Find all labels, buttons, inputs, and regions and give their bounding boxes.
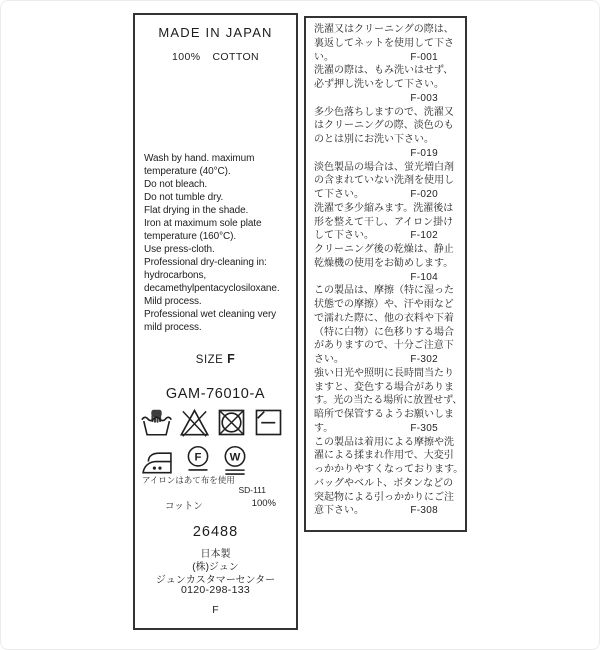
care-code [454, 408, 474, 422]
care-text-jp-segment: の含まれていない洗剤を使用し [314, 174, 454, 188]
fiber-composition-row: コットン 100% [165, 498, 276, 512]
item-number: 26488 [135, 524, 296, 540]
care-symbols-row-1 [140, 407, 296, 438]
care-code [454, 326, 474, 340]
care-code [454, 312, 474, 326]
care-text-jp-segment: 多少色落ちしますので、洗濯又 [314, 106, 454, 120]
size-label: SIZE [196, 354, 224, 366]
care-code [454, 436, 474, 450]
care-text-line: のとは別にお洗い下さい。 [314, 133, 458, 147]
care-code [454, 161, 474, 175]
care-text-line: 淡色製品の場合は、蛍光増白剤 [314, 161, 458, 175]
product-code: GAM-76010-A [135, 386, 296, 402]
care-label-left: MADE IN JAPAN 100% COTTON Wash by hand. … [133, 13, 298, 630]
care-text-jp-segment: 意下さい。 [314, 504, 364, 518]
care-instruction-line: mild process. [144, 321, 294, 334]
care-text-jp-segment: がありますので、十分ご注意下 [314, 339, 454, 353]
care-text-line: 濯による揉まれ作用で、大変引 [314, 449, 458, 463]
care-text-jp-segment: 乾燥機の使用をお勧めします。 [314, 257, 453, 271]
care-text-line: ますと、変色する場合がありま [314, 381, 458, 395]
size-row: SIZE F [135, 352, 296, 366]
wet-clean-W-very-mild-icon: W [222, 445, 248, 477]
care-code [453, 216, 473, 230]
care-instruction-line: Do not tumble dry. [144, 191, 294, 204]
care-text-jp-segment: で濡れた際に、他の衣料や下着 [314, 312, 454, 326]
care-text-jp-segment: 洗濯で多少縮みます。洗濯後は [314, 202, 453, 216]
svg-text:W: W [230, 451, 241, 463]
care-text-line: 形を整えて干し、アイロン掛け [314, 216, 458, 230]
care-code [454, 243, 474, 257]
care-instruction-line: Flat drying in the shade. [144, 204, 294, 217]
care-text-jp-segment: 必ず押し洗いをして下さい。 [314, 78, 444, 92]
care-instruction-line: hydrocarbons, [144, 269, 294, 282]
care-text-line: 洗濯で多少縮みます。洗濯後は [314, 202, 458, 216]
care-instruction-line: Wash by hand. maximum [144, 152, 294, 165]
care-code [462, 394, 482, 408]
svg-text:F: F [195, 451, 202, 463]
care-instruction-line: Professional wet cleaning very [144, 308, 294, 321]
care-text-jp-segment: す。光の当たる場所に放置せず、 [314, 394, 462, 408]
care-code: F-102 [410, 229, 458, 243]
care-text-jp-segment: クリーニング後の乾燥は、静止 [314, 243, 454, 257]
care-code [454, 119, 474, 133]
flat-dry-in-shade-icon [253, 407, 284, 438]
size-footer: F [135, 604, 296, 616]
care-code [453, 202, 473, 216]
care-code: F-001 [410, 51, 458, 65]
care-text-line: 洗濯又はクリーニングの際は、 [314, 23, 458, 37]
care-instruction-line: Do not bleach. [144, 178, 294, 191]
care-code: F-305 [410, 422, 458, 436]
care-instruction-line: Professional dry-cleaning in: [144, 256, 294, 269]
care-label-right: 洗濯又はクリーニングの際は、 裏返してネットを使用して下さ い。 F-001 洗… [304, 16, 467, 532]
care-code [438, 133, 458, 147]
care-code: F-302 [410, 353, 458, 367]
care-code [454, 381, 474, 395]
care-text-line: 意下さい。 F-308 [314, 504, 458, 518]
care-code [453, 257, 473, 271]
care-instruction-line: decamethylpentacyclosiloxane. [144, 282, 294, 295]
care-text-line: さい。 F-302 [314, 353, 458, 367]
care-text-line: っかかりやすくなっております。 [314, 463, 458, 477]
care-code [454, 174, 474, 188]
care-text-line: す。 F-305 [314, 422, 458, 436]
care-text-line: 突起物による引っかかりにご注 [314, 491, 458, 505]
care-code [454, 298, 474, 312]
care-symbols-row-2: F W [140, 445, 296, 477]
dry-clean-F-mild-icon: F [185, 445, 211, 474]
care-text-jp-segment: 濯による揉まれ作用で、大変引 [314, 449, 454, 463]
care-code: F-003 [410, 92, 458, 106]
composition-percent: 100% [172, 51, 200, 63]
care-instruction-line: Iron at maximum sole plate [144, 217, 294, 230]
hand-wash-icon [140, 407, 173, 438]
care-text-jp-segment: す。 [314, 422, 333, 436]
care-text-line: 強い日光や照明に長時間当たり [314, 367, 458, 381]
care-text-line: 状態での摩擦）や、汗や雨など [314, 298, 458, 312]
care-text-line: 暗所で保管するようお願いしま [314, 408, 458, 422]
care-text-line: で濡れた際に、他の衣料や下着 [314, 312, 458, 326]
care-text-jp-segment: 暗所で保管するようお願いしま [314, 408, 454, 422]
care-text-line: F-003 [314, 92, 458, 106]
care-text-line: 乾燥機の使用をお勧めします。 [314, 257, 458, 271]
care-instruction-line: Mild process. [144, 295, 294, 308]
care-code [454, 491, 474, 505]
care-text-jp-segment: ますと、変色する場合がありま [314, 381, 454, 395]
care-text-jp-segment: 淡色製品の場合は、蛍光増白剤 [314, 161, 454, 175]
care-code [454, 449, 474, 463]
care-code [454, 106, 474, 120]
care-text-line: F-104 [314, 271, 458, 285]
care-code: F-308 [410, 504, 458, 518]
iron-medium-icon [140, 449, 174, 475]
care-code [453, 477, 473, 491]
fiber-percent: 100% [252, 498, 276, 512]
care-text-line: がありますので、十分ご注意下 [314, 339, 458, 353]
care-text-jp-segment: て下さい。 [314, 188, 364, 202]
care-code [453, 64, 473, 78]
care-code: F-104 [410, 271, 458, 285]
composition-fiber: COTTON [212, 51, 259, 63]
care-code [454, 339, 474, 353]
care-code [454, 367, 474, 381]
care-text-line: い。 F-001 [314, 51, 458, 65]
care-text-jp-segment: 強い日光や照明に長時間当たり [314, 367, 454, 381]
care-code [454, 284, 474, 298]
care-text-line: はクリーニングの際、淡色のも [314, 119, 458, 133]
care-code [454, 23, 474, 37]
care-text-line: この製品は、摩擦（特に湿った [314, 284, 458, 298]
care-text-line: て下さい。 F-020 [314, 188, 458, 202]
quality-code: SD-111 [238, 485, 266, 495]
care-code [444, 78, 464, 92]
do-not-tumble-dry-icon [216, 407, 247, 438]
care-instruction-line: temperature (40°C). [144, 165, 294, 178]
care-text-jp-segment: 裏返してネットを使用して下さ [314, 37, 454, 51]
care-instruction-line: temperature (160°C). [144, 230, 294, 243]
care-text-jp: 洗濯又はクリーニングの際は、 裏返してネットを使用して下さ い。 F-001 洗… [314, 23, 458, 518]
made-in-label: MADE IN JAPAN [135, 25, 296, 40]
care-text-jp-segment: 状態での摩擦）や、汗や雨など [314, 298, 454, 312]
care-text-line: この製品は着用による摩擦や洗 [314, 436, 458, 450]
care-text-jp-segment: 形を整えて干し、アイロン掛け [314, 216, 453, 230]
care-text-jp-segment: して下さい。 [314, 229, 374, 243]
care-text-line: の含まれていない洗剤を使用し [314, 174, 458, 188]
care-code [454, 37, 474, 51]
fiber-name-jp: コットン [165, 498, 203, 512]
care-code: F-020 [410, 188, 458, 202]
care-code: F-019 [410, 147, 458, 161]
care-instructions-en: Wash by hand. maximum temperature (40°C)… [144, 152, 294, 334]
care-text-line: （特に白物）に色移りする場合 [314, 326, 458, 340]
care-text-line: クリーニング後の乾燥は、静止 [314, 243, 458, 257]
care-instruction-line: Use press-cloth. [144, 243, 294, 256]
composition-line: 100% COTTON [135, 51, 296, 63]
care-text-line: 多少色落ちしますので、洗濯又 [314, 106, 458, 120]
care-text-jp-segment: はクリーニングの際、淡色のも [314, 119, 454, 133]
phone-number: 0120-298-133 [135, 584, 296, 596]
care-text-line: す。光の当たる場所に放置せず、 [314, 394, 458, 408]
care-text-jp-segment: のとは別にお洗い下さい。 [314, 133, 434, 147]
care-text-line: 裏返してネットを使用して下さ [314, 37, 458, 51]
do-not-bleach-icon [179, 407, 210, 438]
care-text-line: 洗濯の際は、もみ洗いはせず、 [314, 64, 458, 78]
care-text-jp-segment: 洗濯又はクリーニングの際は、 [314, 23, 454, 37]
care-text-jp-segment: さい。 [314, 353, 344, 367]
care-text-jp-segment: 突起物による引っかかりにご注 [314, 491, 454, 505]
care-text-line: F-019 [314, 147, 458, 161]
care-text-line: して下さい。 F-102 [314, 229, 458, 243]
care-code [463, 463, 483, 477]
care-text-line: バッグやベルト、ボタンなどの [314, 477, 458, 491]
care-text-jp-segment: っかかりやすくなっております。 [314, 463, 463, 477]
care-text-jp-segment: 洗濯の際は、もみ洗いはせず、 [314, 64, 453, 78]
iron-press-cloth-note: アイロンはあて布を使用 [142, 474, 296, 486]
care-text-jp-segment: い。 [314, 51, 334, 65]
care-text-jp-segment: この製品は、摩擦（特に湿った [314, 284, 454, 298]
care-text-jp-segment: この製品は着用による摩擦や洗 [314, 436, 454, 450]
care-text-line: 必ず押し洗いをして下さい。 [314, 78, 458, 92]
care-text-jp-segment: （特に白物）に色移りする場合 [314, 326, 454, 340]
size-value: F [227, 352, 235, 366]
photo-frame-border [0, 0, 600, 650]
care-text-jp-segment: バッグやベルト、ボタンなどの [314, 477, 453, 491]
